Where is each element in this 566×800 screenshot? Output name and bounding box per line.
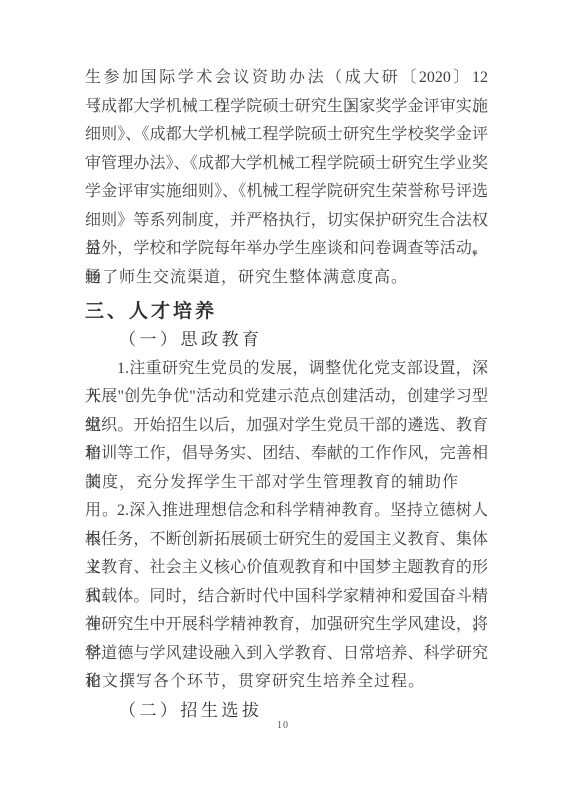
document-text-block: 生参加国际学术会议资助办法（成大研〔2020〕12 号）》、《成都大学机械工程学…	[85, 64, 488, 725]
text-line: 培训等工作，倡导务实、团结、奉献的工作作风，完善相关	[85, 440, 488, 469]
text-line: 开展"创先争优"活动和党建示范点创建活动，创建学习型党	[85, 383, 488, 412]
text-line: 细则》、《成都大学机械工程学院硕士研究生学校奖学金评	[85, 121, 488, 150]
text-line: 通了师生交流渠道，研究生整体满意度高。	[85, 264, 488, 293]
text-line: 组织。开始招生以后，加强对学生党员干部的遴选、教育和	[85, 412, 488, 441]
text-line: 在研究生中开展科学精神教育，加强研究生学风建设，将科	[85, 611, 488, 640]
text-line: 义教育、社会主义核心价值观教育和中国梦主题教育的形式	[85, 554, 488, 583]
text-line: 2.深入推进理想信念和科学精神教育。坚持立德树人根	[85, 497, 488, 526]
text-line: 和载体。同时，结合新时代中国科学家精神和爱国奋斗精神，	[85, 583, 488, 612]
text-line: 论文撰写各个环节，贯穿研究生培养全过程。	[85, 668, 488, 697]
section-heading: 三、人才培养	[85, 297, 488, 326]
text-line: 另外，学校和学院每年举办学生座谈和问卷调查等活动，畅	[85, 235, 488, 264]
text-line: 学金评审实施细则》、《机械工程学院研究生荣誉称号评选	[85, 178, 488, 207]
text-line: 生参加国际学术会议资助办法（成大研〔2020〕12 号）》、	[85, 64, 488, 93]
text-line: 1.注重研究生党员的发展，调整优化党支部设置，深入	[85, 355, 488, 384]
text-line: 制度，充分发挥学生干部对学生管理教育的辅助作用。	[85, 469, 488, 498]
text-line: 学道德与学风建设融入到入学教育、日常培养、科学研究和	[85, 640, 488, 669]
document-page: 生参加国际学术会议资助办法（成大研〔2020〕12 号）》、《成都大学机械工程学…	[0, 0, 566, 800]
text-line: 审管理办法》、《成都大学机械工程学院硕士研究生学业奖	[85, 150, 488, 179]
text-line: 本任务，不断创新拓展硕士研究生的爱国主义教育、集体主	[85, 526, 488, 555]
text-line: 《成都大学机械工程学院硕士研究生国家奖学金评审实施	[85, 93, 488, 122]
subsection-heading: （一）思政教育	[85, 326, 488, 355]
text-line: 细则》等系列制度，并严格执行，切实保护研究生合法权益。	[85, 207, 488, 236]
page-number: 10	[0, 720, 566, 731]
